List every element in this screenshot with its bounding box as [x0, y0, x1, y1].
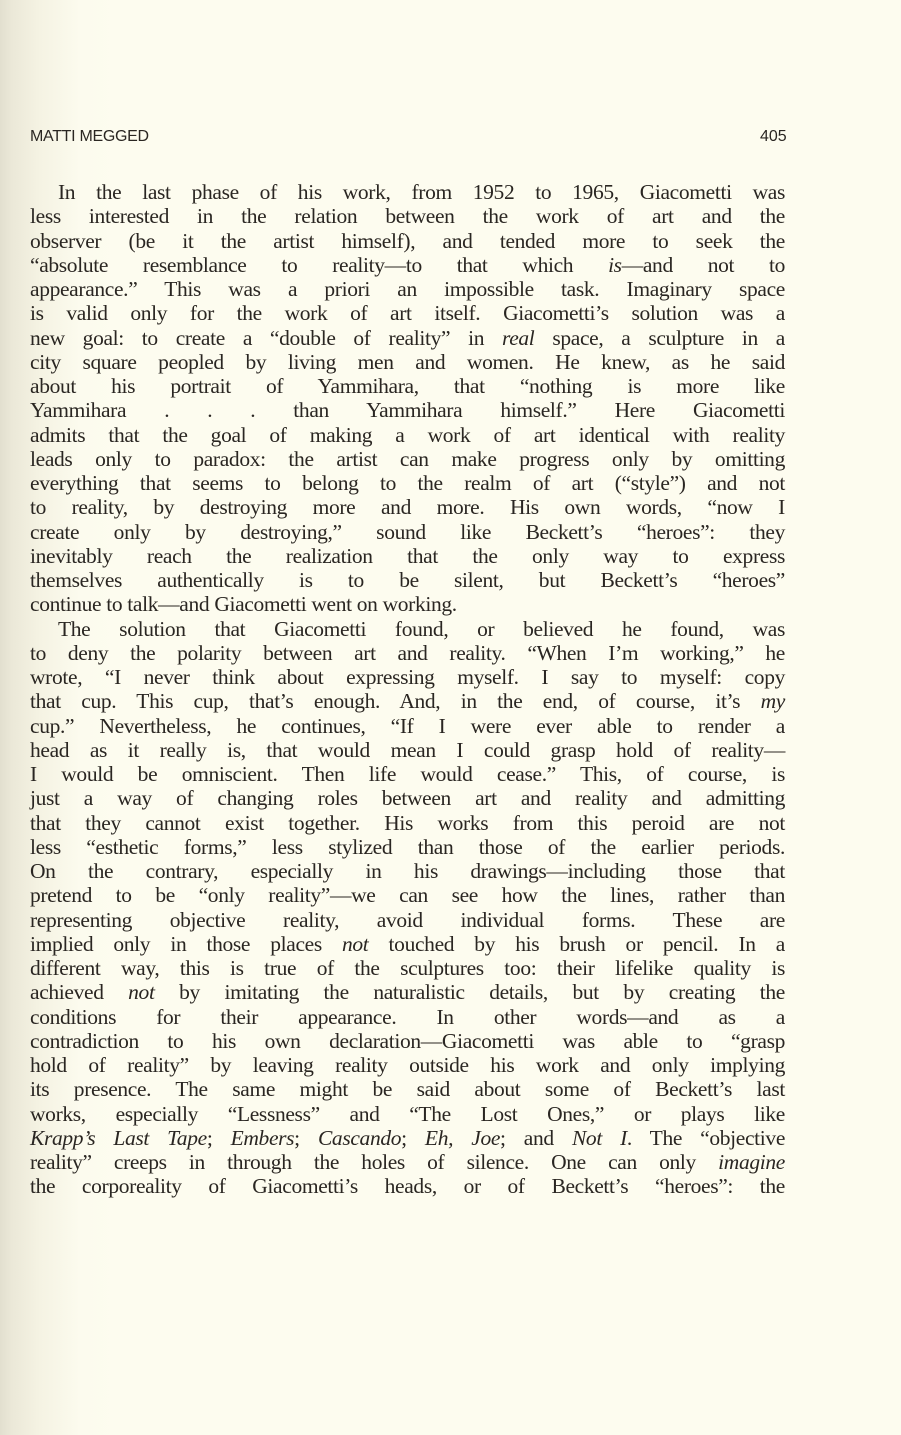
- text-run: I would be omniscient. Then life would c…: [30, 762, 785, 786]
- text-line: its presence. The same might be said abo…: [30, 1077, 785, 1101]
- text-run: its presence. The same might be said abo…: [30, 1077, 785, 1101]
- text-line: works, especially “Lessness” and “The Lo…: [30, 1102, 785, 1126]
- text-run: new goal: to create a “double of reality…: [30, 326, 502, 350]
- text-run: implied only in those places: [30, 932, 342, 956]
- text-run: different way, this is true of the sculp…: [30, 956, 785, 980]
- text-line: about his portrait of Yammihara, that “n…: [30, 374, 785, 398]
- text-line: to reality, by destroying more and more.…: [30, 495, 785, 519]
- text-run: Yammihara . . . than Yammihara himself.”…: [30, 398, 785, 422]
- text-line: wrote, “I never think about expressing m…: [30, 665, 785, 689]
- text-run: everything that seems to belong to the r…: [30, 471, 785, 495]
- text-line: implied only in those places not touched…: [30, 932, 785, 956]
- text-line: hold of reality” by leaving reality outs…: [30, 1053, 785, 1077]
- text-run: to reality, by destroying more and more.…: [30, 495, 785, 519]
- text-line: continue to talk—and Giacometti went on …: [30, 592, 785, 616]
- text-line: Yammihara . . . than Yammihara himself.”…: [30, 398, 785, 422]
- text-line: leads only to paradox: the artist can ma…: [30, 447, 785, 471]
- text-run: create only by destroying,” sound like B…: [30, 520, 785, 544]
- italic-text: Krapp’s Last Tape: [30, 1126, 207, 1150]
- text-run: . The “objective: [627, 1126, 785, 1150]
- text-run: less interested in the relation between …: [30, 204, 785, 228]
- text-run: the corporeality of Giacometti’s heads, …: [30, 1174, 785, 1198]
- text-line: “absolute resemblance to reality—to that…: [30, 253, 785, 277]
- text-line: Krapp’s Last Tape; Embers; Cascando; Eh,…: [30, 1126, 785, 1150]
- text-run: about his portrait of Yammihara, that “n…: [30, 374, 785, 398]
- text-run: continue to talk—and Giacometti went on …: [30, 592, 457, 616]
- text-run: that cup. This cup, that’s enough. And, …: [30, 689, 761, 713]
- italic-text: real: [502, 326, 534, 350]
- text-line: reality” creeps in through the holes of …: [30, 1150, 785, 1174]
- text-run: appearance.” This was a priori an imposs…: [30, 277, 785, 301]
- text-line: themselves authentically is to be silent…: [30, 568, 785, 592]
- text-line: less interested in the relation between …: [30, 204, 785, 228]
- text-line: inevitably reach the realization that th…: [30, 544, 785, 568]
- text-run: ;: [401, 1126, 425, 1150]
- paragraph: In the last phase of his work, from 1952…: [30, 180, 785, 617]
- text-line: different way, this is true of the sculp…: [30, 956, 785, 980]
- text-run: contradiction to his own declaration—Gia…: [30, 1029, 785, 1053]
- text-line: contradiction to his own declaration—Gia…: [30, 1029, 785, 1053]
- text-run: ; and: [500, 1126, 572, 1150]
- text-line: In the last phase of his work, from 1952…: [30, 180, 785, 204]
- text-run: On the contrary, especially in his drawi…: [30, 859, 785, 883]
- text-run: inevitably reach the realization that th…: [30, 544, 785, 568]
- text-run: representing objective reality, avoid in…: [30, 908, 785, 932]
- text-run: leads only to paradox: the artist can ma…: [30, 447, 785, 471]
- italic-text: Cascando: [318, 1126, 401, 1150]
- text-run: ;: [294, 1126, 318, 1150]
- text-line: The solution that Giacometti found, or b…: [30, 617, 785, 641]
- text-run: In the last phase of his work, from 1952…: [58, 180, 785, 204]
- text-run: reality” creeps in through the holes of …: [30, 1150, 718, 1174]
- text-run: less “esthetic forms,” less stylized tha…: [30, 835, 785, 859]
- paragraph: The solution that Giacometti found, or b…: [30, 617, 785, 1199]
- italic-text: Embers: [231, 1126, 295, 1150]
- text-run: is valid only for the work of art itself…: [30, 301, 785, 325]
- text-line: to deny the polarity between art and rea…: [30, 641, 785, 665]
- text-run: themselves authentically is to be silent…: [30, 568, 785, 592]
- text-line: the corporeality of Giacometti’s heads, …: [30, 1174, 785, 1198]
- text-line: city square peopled by living men and wo…: [30, 350, 785, 374]
- text-line: appearance.” This was a priori an imposs…: [30, 277, 785, 301]
- text-run: wrote, “I never think about expressing m…: [30, 665, 785, 689]
- text-run: ;: [207, 1126, 231, 1150]
- text-line: admits that the goal of making a work of…: [30, 423, 785, 447]
- italic-text: Not I: [572, 1126, 627, 1150]
- text-line: cup.” Nevertheless, he continues, “If I …: [30, 714, 785, 738]
- text-run: city square peopled by living men and wo…: [30, 350, 785, 374]
- text-run: touched by his brush or pencil. In a: [368, 932, 785, 956]
- italic-text: not: [128, 980, 154, 1004]
- text-run: conditions for their appearance. In othe…: [30, 1005, 785, 1029]
- text-line: representing objective reality, avoid in…: [30, 908, 785, 932]
- text-line: conditions for their appearance. In othe…: [30, 1005, 785, 1029]
- text-line: is valid only for the work of art itself…: [30, 301, 785, 325]
- text-line: On the contrary, especially in his drawi…: [30, 859, 785, 883]
- text-line: I would be omniscient. Then life would c…: [30, 762, 785, 786]
- text-run: head as it really is, that would mean I …: [30, 738, 785, 762]
- text-line: pretend to be “only reality”—we can see …: [30, 883, 785, 907]
- page-number: 405: [760, 128, 787, 146]
- text-run: by imitating the naturalistic details, b…: [155, 980, 785, 1004]
- text-run: The solution that Giacometti found, or b…: [58, 617, 785, 641]
- text-run: works, especially “Lessness” and “The Lo…: [30, 1102, 785, 1126]
- text-line: new goal: to create a “double of reality…: [30, 326, 785, 350]
- text-run: observer (be it the artist himself), and…: [30, 229, 785, 253]
- text-line: less “esthetic forms,” less stylized tha…: [30, 835, 785, 859]
- text-run: cup.” Nevertheless, he continues, “If I …: [30, 714, 785, 738]
- text-line: everything that seems to belong to the r…: [30, 471, 785, 495]
- italic-text: Eh, Joe: [425, 1126, 500, 1150]
- text-run: to deny the polarity between art and rea…: [30, 641, 785, 665]
- italic-text: imagine: [718, 1150, 785, 1174]
- italic-text: my: [761, 689, 785, 713]
- text-run: pretend to be “only reality”—we can see …: [30, 883, 785, 907]
- text-line: that they cannot exist together. His wor…: [30, 811, 785, 835]
- text-line: just a way of changing roles between art…: [30, 786, 785, 810]
- text-line: that cup. This cup, that’s enough. And, …: [30, 689, 785, 713]
- text-run: “absolute resemblance to reality—to that…: [30, 253, 608, 277]
- text-run: admits that the goal of making a work of…: [30, 423, 785, 447]
- italic-text: is: [608, 253, 622, 277]
- text-run: space, a sculpture in a: [534, 326, 785, 350]
- body-text: In the last phase of his work, from 1952…: [30, 180, 785, 1199]
- text-line: create only by destroying,” sound like B…: [30, 520, 785, 544]
- text-line: observer (be it the artist himself), and…: [30, 229, 785, 253]
- italic-text: not: [342, 932, 368, 956]
- text-run: —and not to: [622, 253, 785, 277]
- text-run: that they cannot exist together. His wor…: [30, 811, 785, 835]
- running-head-author: MATTI MEGGED: [30, 128, 454, 146]
- text-run: just a way of changing roles between art…: [30, 786, 785, 810]
- text-line: achieved not by imitating the naturalist…: [30, 980, 785, 1004]
- text-line: head as it really is, that would mean I …: [30, 738, 785, 762]
- text-run: achieved: [30, 980, 128, 1004]
- text-run: hold of reality” by leaving reality outs…: [30, 1053, 785, 1077]
